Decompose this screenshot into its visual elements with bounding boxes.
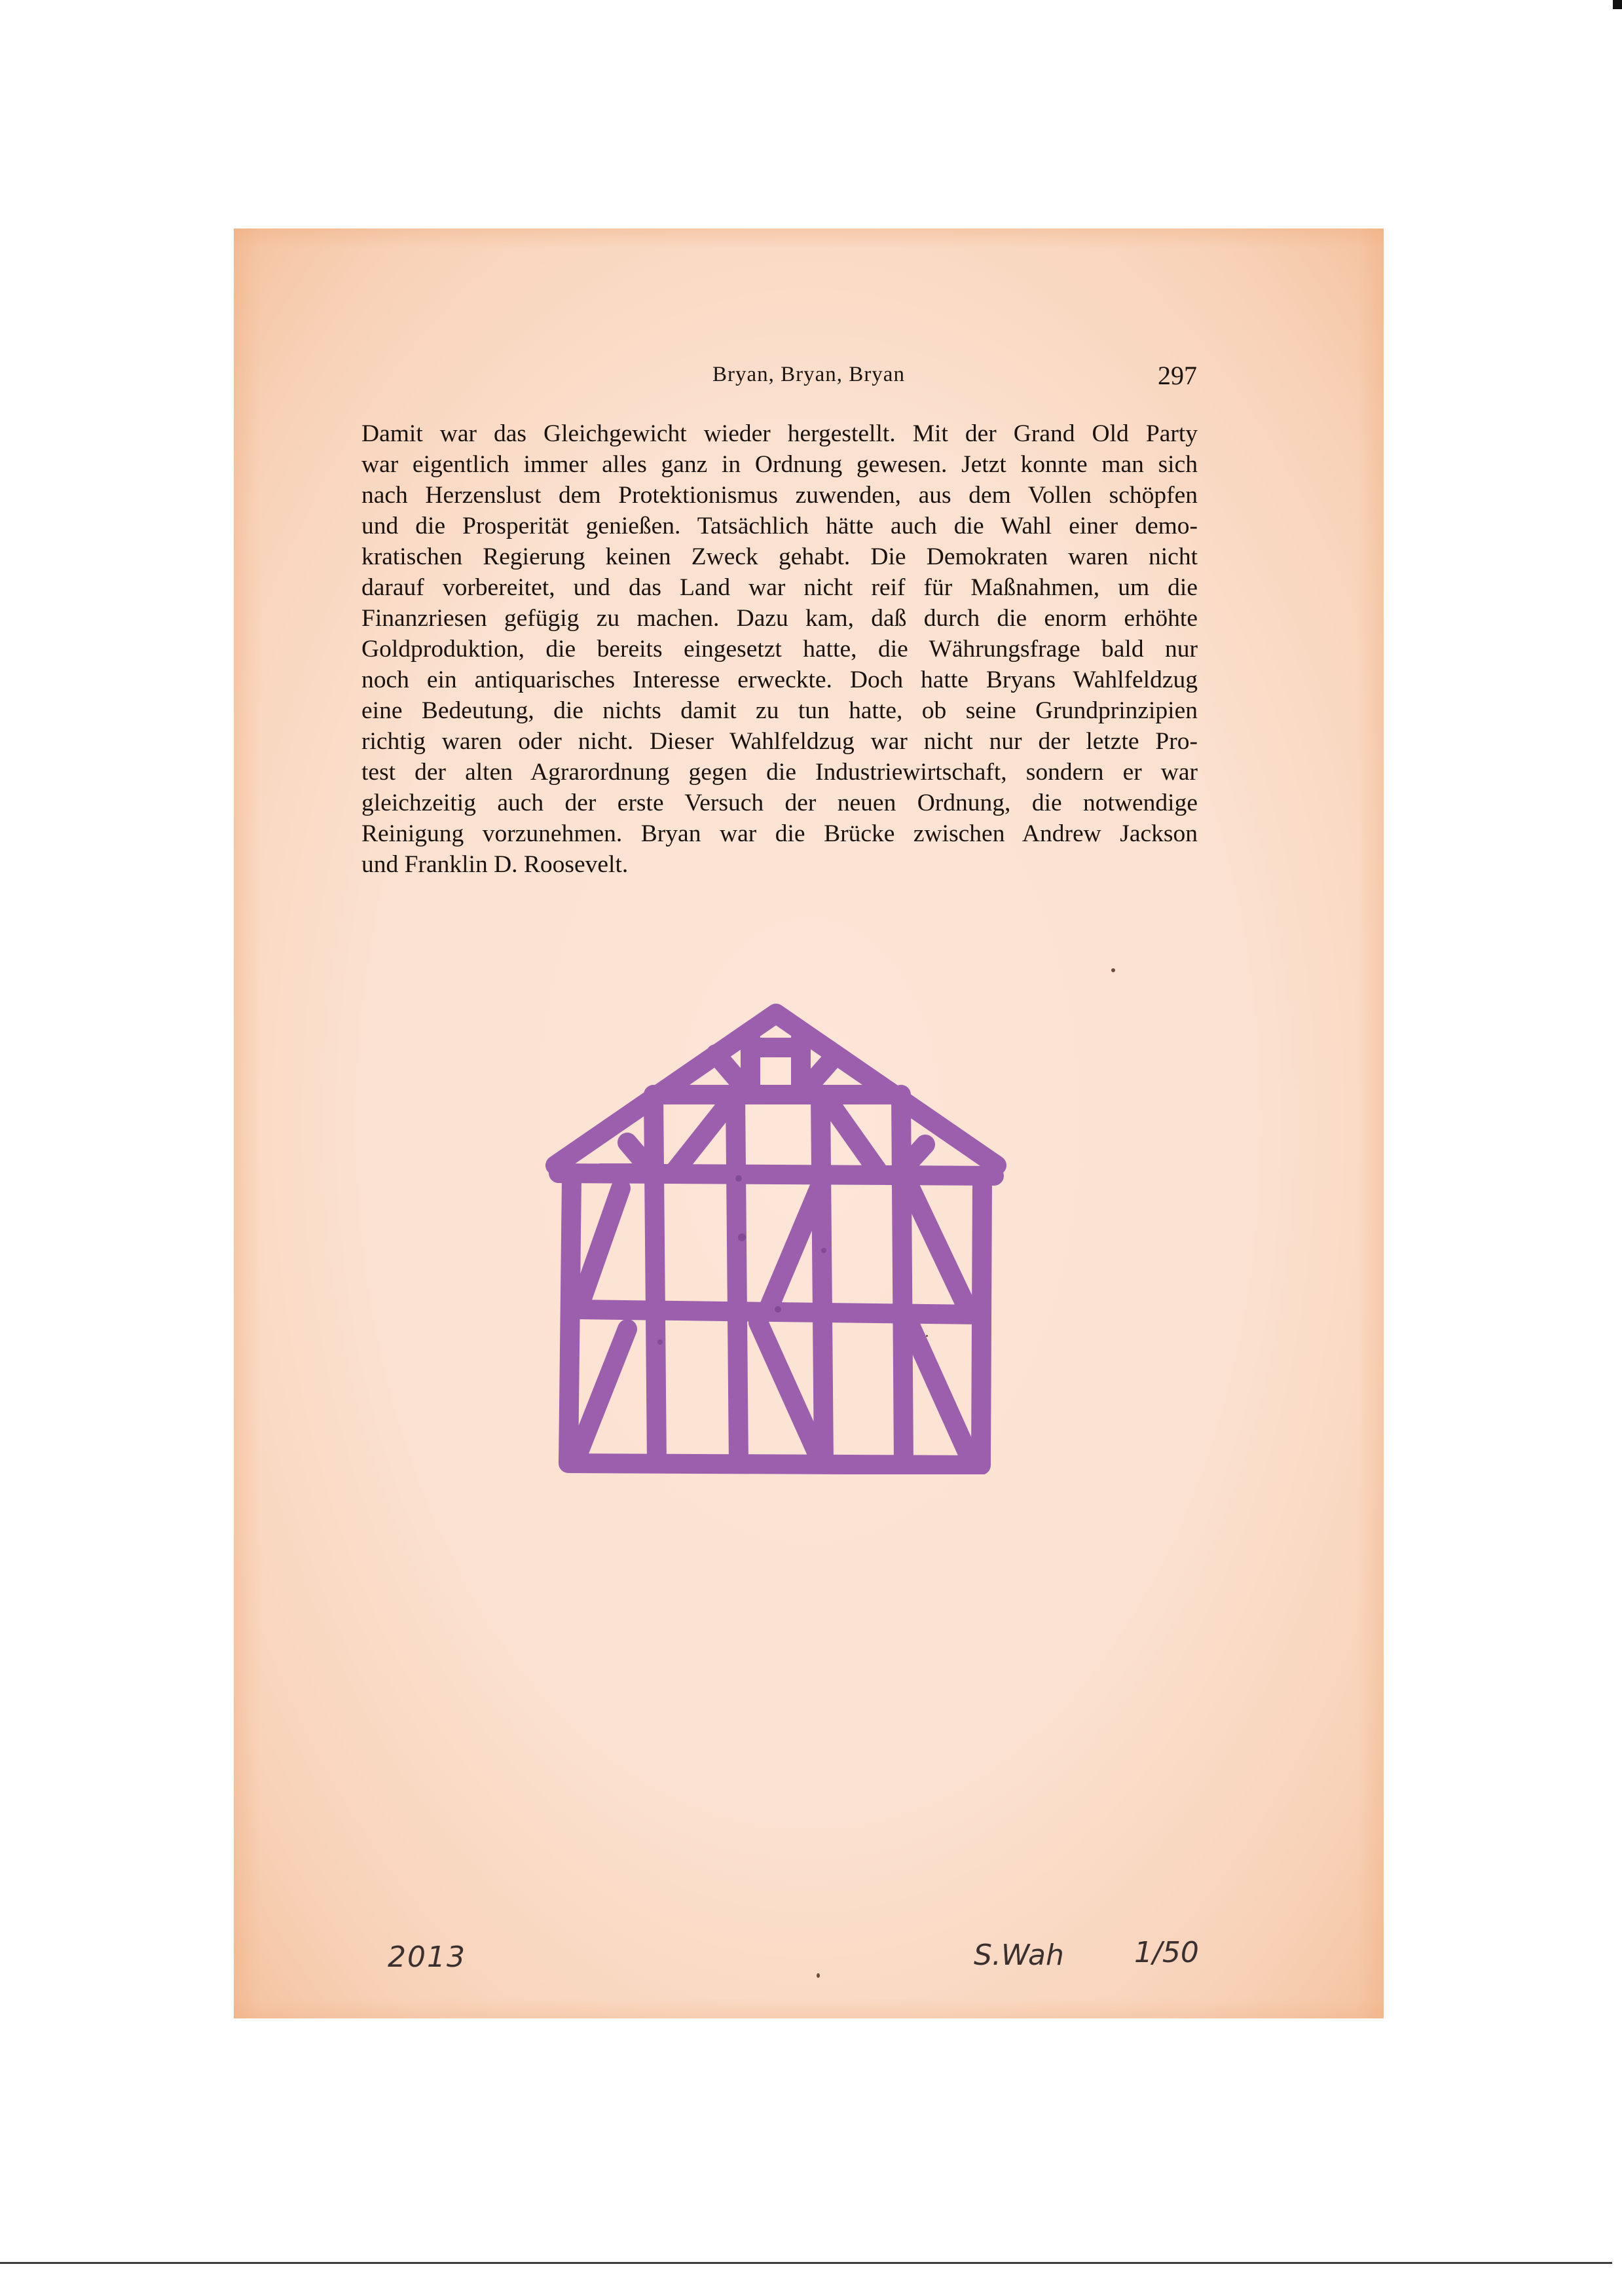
running-title: Bryan, Bryan, Bryan (234, 363, 1384, 387)
year-annotation: 2013 (388, 1941, 466, 1974)
text-line: kratischen Regierung keinen Zweck gehabt… (361, 541, 1198, 572)
text-line: noch ein antiquarisches Interesse erweck… (361, 665, 1198, 695)
text-line: gleichzeitig auch der erste Versuch der … (361, 788, 1198, 818)
paper-speck (817, 1973, 820, 1978)
paper-speck (926, 1335, 928, 1337)
text-line: eine Bedeutung, die nichts damit zu tun … (361, 695, 1198, 726)
text-line: Finanzriesen gefügig zu machen. Dazu kam… (361, 603, 1198, 634)
half-timbered-house-icon (542, 1002, 1010, 1474)
text-line: und die Prosperität genießen. Tatsächlic… (361, 511, 1198, 541)
scan-corner-mark (1613, 0, 1622, 9)
artist-signature: S.Wah (974, 1939, 1064, 1972)
text-line: richtig waren oder nicht. Dieser Wahlfel… (361, 726, 1198, 757)
text-line: und Franklin D. Roosevelt. (361, 849, 1198, 880)
page-number: 297 (1158, 360, 1197, 391)
running-head: Bryan, Bryan, Bryan 297 (234, 363, 1384, 395)
text-line: Damit war das Gleichgewicht wieder herge… (361, 418, 1198, 449)
body-paragraph: Damit war das Gleichgewicht wieder herge… (361, 418, 1198, 880)
scan-bottom-rule (0, 2262, 1612, 2264)
book-page: Bryan, Bryan, Bryan 297 Damit war das Gl… (234, 228, 1384, 2018)
text-line: nach Herzenslust dem Protektionismus zuw… (361, 480, 1198, 511)
edition-number: 1/50 (1134, 1936, 1199, 1969)
text-line: Goldproduktion, die bereits eingesetzt h… (361, 634, 1198, 665)
text-line: Reinigung vorzunehmen. Bryan war die Brü… (361, 818, 1198, 849)
text-line: war eigentlich immer alles ganz in Ordnu… (361, 449, 1198, 480)
text-line: test der alten Agrarordnung gegen die In… (361, 757, 1198, 788)
text-line: darauf vorbereitet, und das Land war nic… (361, 572, 1198, 603)
paper-speck (1111, 968, 1115, 972)
